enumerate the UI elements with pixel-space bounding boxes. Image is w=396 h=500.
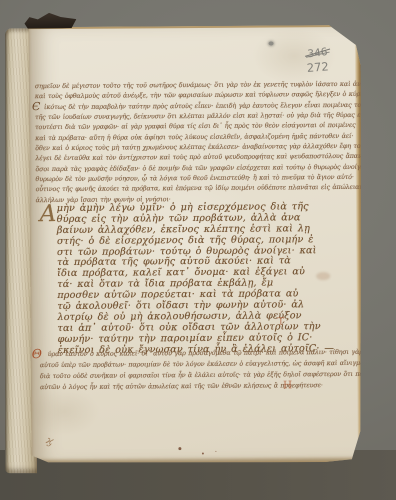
quire-signature-mark: ϗ <box>45 433 55 447</box>
ornamental-initial-alpha: Α <box>40 201 57 227</box>
ink-specks <box>178 447 181 450</box>
leather-headband-tab <box>24 11 77 30</box>
recto-folio-page: 346 272 σημεῖον δὲ μέγιστον τοῦτο τῆς το… <box>28 25 363 464</box>
commentary-line: οὗτινος τῆς φωνῆς ἀκούει τὰ πρόβατα, καὶ… <box>36 182 342 194</box>
rubric-margin-mark-tau: Τ <box>277 316 284 327</box>
folio-number: 346 272 <box>307 47 329 74</box>
commentary-bottom-block: ύραν ἑαυτὸν ὁ κύριος καλεῖ· δι᾿ αὐτοῦ γὰ… <box>40 347 348 393</box>
gray-stain <box>269 41 274 45</box>
rubric-initial-epsilon: Є <box>32 100 41 113</box>
manuscript-photo: 346 272 σημεῖον δὲ μέγιστον τοῦτο τῆς το… <box>0 0 396 500</box>
open-codex: 346 272 σημεῖον δὲ μέγιστον τοῦτο τῆς το… <box>0 0 396 500</box>
folio-number-crossed-out: 346 <box>306 46 329 61</box>
folio-number-current: 272 <box>306 59 329 75</box>
gospel-text-block: μὴν ἀμὴν λέγω ὑμῖν· ὁ μὴ εἰσερχόμενος δι… <box>57 202 320 356</box>
margin-smudge <box>316 272 330 280</box>
rubric-initial-theta: Θ <box>32 346 42 361</box>
commentary-line: αὐτῶν ὁ λόγος ἦν καὶ τῆς αὐτῶν ἀπωλείας … <box>40 380 348 393</box>
rubric-end-mark-eta: Η <box>283 379 292 391</box>
commentary-top-block: σημεῖον δὲ μέγιστον τοῦτο τῆς τοῦ σωτῆρο… <box>35 79 342 205</box>
